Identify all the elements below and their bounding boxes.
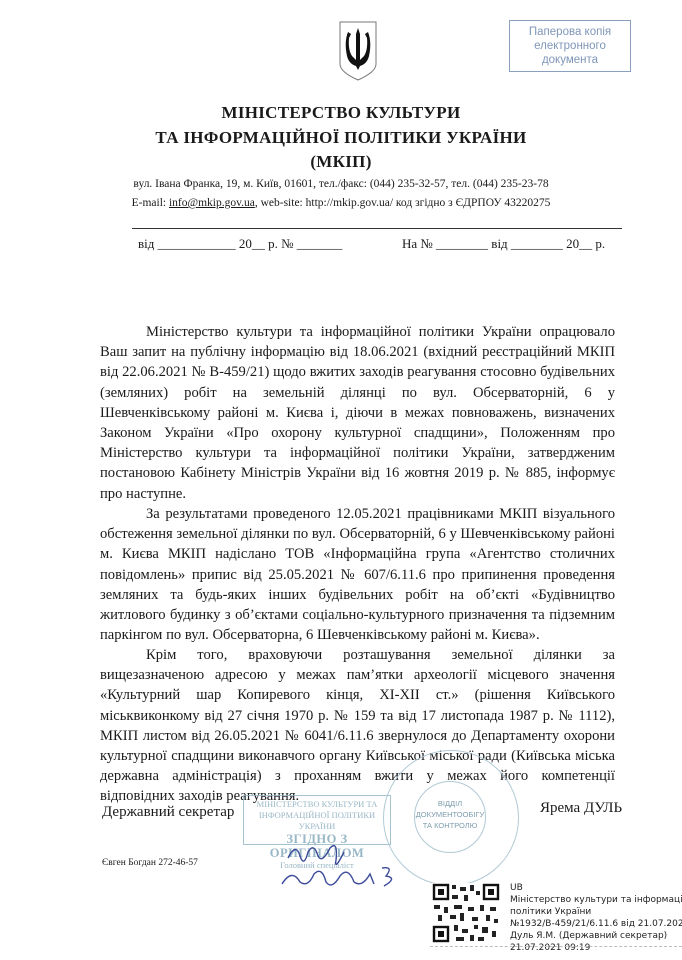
round-seal-center: ВІДДІЛ ДОКУМЕНТООБІГУ ТА КОНТРОЛЮ [414, 781, 486, 853]
stamp-line: ДОКУМЕНТООБІГУ [415, 809, 485, 820]
e-signature-info: UB Міністерство культури та інформаційн … [510, 882, 682, 954]
stamp-line: документа [510, 53, 630, 67]
ministry-title-line1: МІНІСТЕРСТВО КУЛЬТУРИ [0, 103, 682, 123]
paragraph-text: Міністерство культури та інформаційної п… [100, 324, 615, 502]
stamp-line: електронного [510, 39, 630, 53]
email-label: E-mail: [132, 197, 169, 209]
website-and-code: , web-site: http://mkip.gov.ua/ код згід… [255, 197, 551, 209]
coat-of-arms-icon [338, 20, 378, 82]
esig-line: політики України [510, 906, 682, 918]
esig-line: Міністерство культури та інформаційн [510, 894, 682, 906]
stamp-line: ТА КОНТРОЛЮ [415, 820, 485, 831]
signer-name: Ярема ДУЛЬ [540, 800, 622, 817]
signer-position: Державний секретар [102, 804, 234, 821]
stamp-line: ІНФОРМАЦІЙНОЇ ПОЛІТИКИ УКРАЇНИ [244, 810, 390, 832]
paragraph-text: За результатами проведеного 12.05.2021 п… [100, 506, 615, 643]
paper-copy-stamp: Паперова копія електронного документа [509, 20, 631, 72]
ministry-abbr: (МКІП) [0, 152, 682, 172]
esig-line: Дуль Я.М. (Державний секретар) [510, 930, 682, 942]
header-divider [132, 228, 622, 229]
incoming-ref: На № ________ від ________ 20__ р. [402, 236, 605, 252]
handwritten-signature-icon [278, 838, 408, 893]
paragraph-text: Крім того, враховуючи розташування земел… [100, 647, 615, 804]
esig-line: №1932/В-459/21/6.11.6 від 21.07.202 [510, 918, 682, 930]
stamp-line: ВІДДІЛ [415, 798, 485, 809]
body-paragraph-3: Крім того, враховуючи розташування земел… [100, 645, 615, 807]
body-paragraph-1: Міністерство культури та інформаційної п… [100, 322, 615, 504]
ministry-title-line2: ТА ІНФОРМАЦІЙНОЇ ПОЛІТИКИ УКРАЇНИ [0, 128, 682, 148]
stamp-line: Паперова копія [510, 25, 630, 39]
body-paragraph-2: За результатами проведеного 12.05.2021 п… [100, 504, 615, 645]
outgoing-ref: від ____________ 20__ р. № _______ [138, 236, 342, 252]
esig-line: UB [510, 882, 682, 894]
executor-contact: Євген Богдан 272-46-57 [102, 858, 198, 868]
qr-code-icon [432, 883, 500, 943]
email-link[interactable]: info@mkip.gov.ua [169, 197, 255, 209]
ministry-address: вул. Івана Франка, 19, м. Київ, 01601, т… [0, 178, 682, 190]
stamp-line: МІНІСТЕРСТВО КУЛЬТУРИ ТА [244, 799, 390, 810]
cut-off-line [430, 946, 682, 953]
ministry-contacts: E-mail: info@mkip.gov.ua, web-site: http… [0, 197, 682, 209]
